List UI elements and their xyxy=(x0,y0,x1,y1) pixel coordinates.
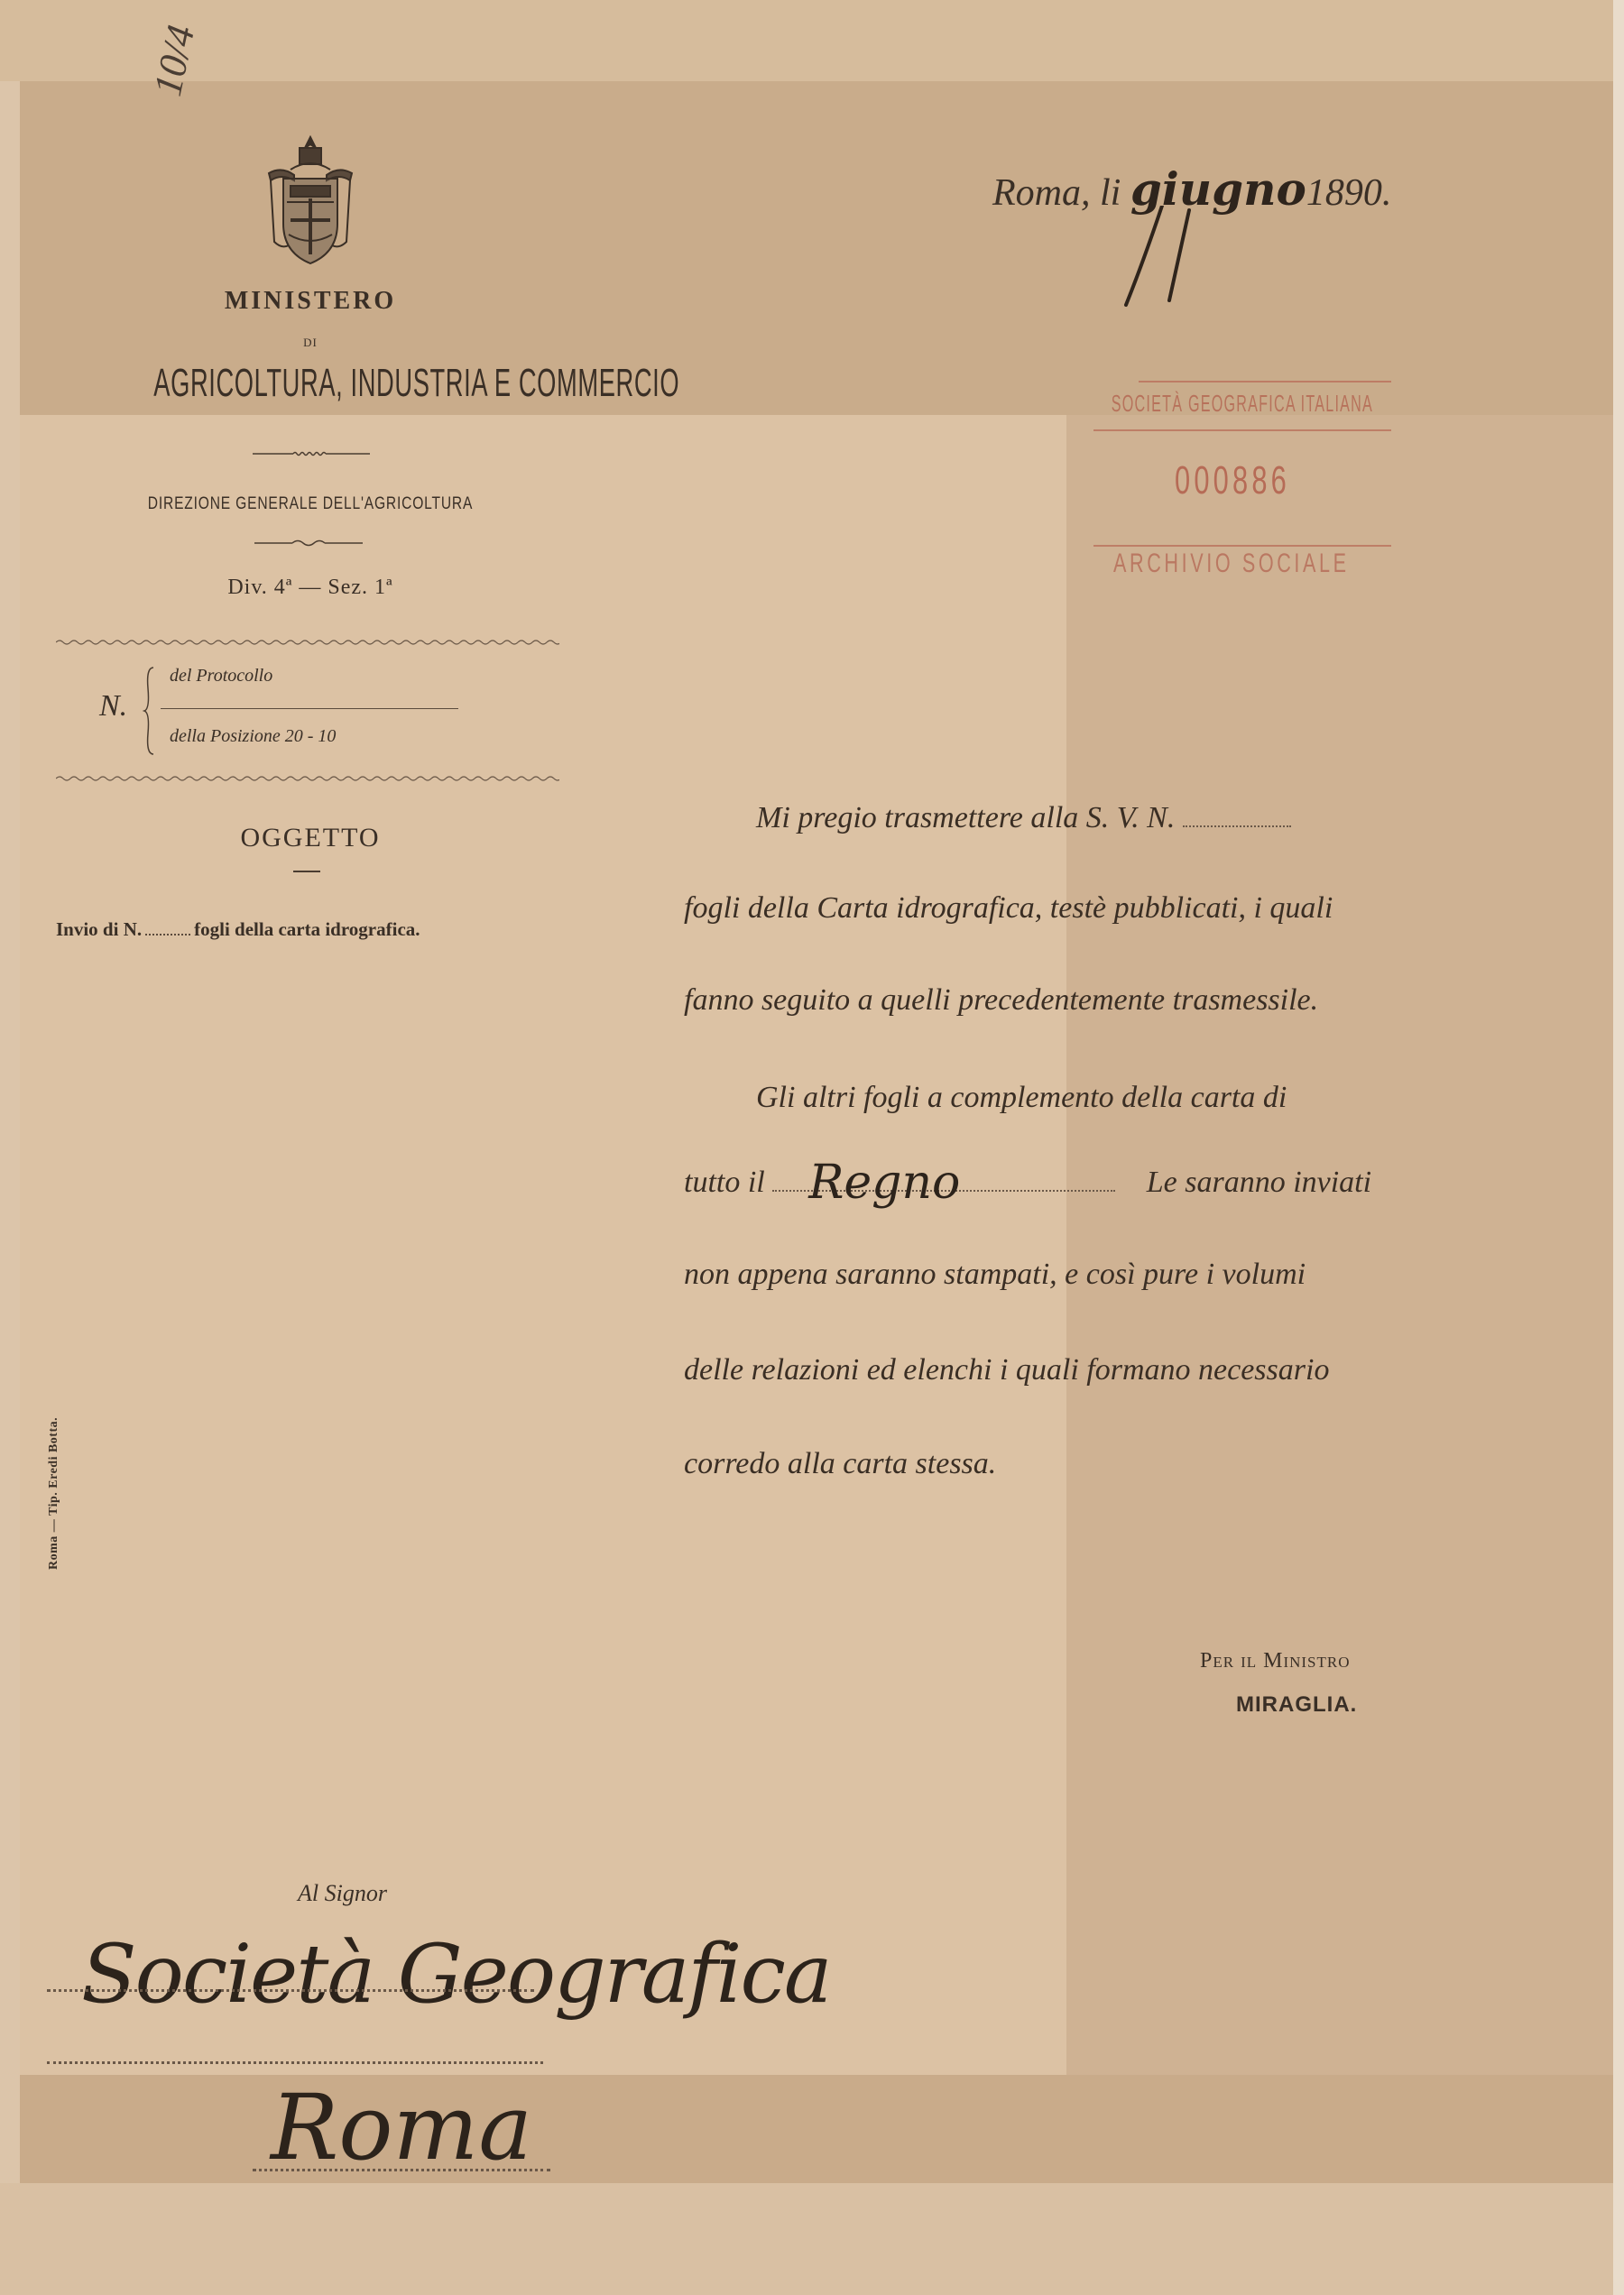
paper-right-edge xyxy=(1613,0,1624,2295)
stamp-rule xyxy=(1093,429,1391,431)
body-line-5: tutto il Regno Le saranno inviati xyxy=(684,1166,1371,1200)
stamp-title: SOCIETÀ GEOGRAFICA ITALIANA xyxy=(1093,390,1391,418)
protocol-number-line xyxy=(161,708,458,709)
paper-left-edge xyxy=(0,81,20,2183)
stamp-footer: ARCHIVIO SOCIALE xyxy=(1113,548,1350,579)
region-fill-blank: Regno xyxy=(772,1190,1115,1192)
ministry-department: AGRICOLTURA, INDUSTRIA E COMMERCIO xyxy=(153,361,472,406)
address-line-3 xyxy=(253,2169,550,2171)
protocol-label: del Protocollo xyxy=(170,666,272,687)
body-line-2: fogli della Carta idrografica, testè pub… xyxy=(684,891,1333,926)
body-line-1: Mi pregio trasmettere alla S. V. N. xyxy=(756,801,1291,835)
body-blank xyxy=(1183,825,1291,827)
body-line-6: non appena saranno stampati, e così pure… xyxy=(684,1258,1306,1292)
division-section: Div. 4ª — Sez. 1ª xyxy=(81,576,540,600)
stamp-number: 000886 xyxy=(1175,458,1290,503)
ornament-scroll-icon xyxy=(254,536,363,545)
royal-coat-of-arms-icon xyxy=(254,134,366,269)
ministry-title: MINISTERO xyxy=(81,287,540,316)
body-line-3: fanno seguito a quelli precedentemente t… xyxy=(684,983,1318,1018)
body-line-7: delle relazioni ed elenchi i quali forma… xyxy=(684,1353,1329,1387)
body-line-8: corredo alla carta stessa. xyxy=(684,1447,996,1481)
address-city: Roma xyxy=(271,2075,532,2180)
paper-top-margin xyxy=(0,0,1624,86)
stamp-rule xyxy=(1139,381,1391,382)
wavy-rule-icon xyxy=(56,770,559,778)
date-printed-prefix: Roma, li xyxy=(992,172,1121,214)
handwritten-flourish-icon xyxy=(1117,206,1225,314)
body-line-4: Gli altri fogli a complemento della cart… xyxy=(756,1081,1287,1115)
ornament-rule-icon xyxy=(253,446,370,453)
handwritten-region: Regno xyxy=(808,1156,960,1210)
address-line-1 xyxy=(47,1989,534,1992)
wavy-rule-icon xyxy=(56,634,559,641)
subject-line: Invio di N.fogli della carta idrografica… xyxy=(56,918,570,941)
address-line-2 xyxy=(47,2061,543,2064)
ministry-of-label: DI xyxy=(81,336,540,350)
paper-fold-band-bottom xyxy=(20,2075,1624,2183)
printer-imprint: Roma — Tip. Eredi Botta. xyxy=(47,1335,74,1570)
subject-suffix: fogli della carta idrografica. xyxy=(194,918,420,940)
date-printed-year: 1890. xyxy=(1306,172,1392,214)
address-recipient: Società Geografica xyxy=(81,1927,831,2022)
signature-name: MIRAGLIA. xyxy=(1236,1692,1357,1718)
subject-count-blank xyxy=(145,934,190,936)
number-label: N. xyxy=(99,689,127,724)
paper-right-strip xyxy=(1066,415,1624,2075)
directorate-title: DIREZIONE GENERALE DELL'AGRICOLTURA xyxy=(123,494,499,514)
paper-bottom-margin xyxy=(0,2183,1624,2295)
signature-for-minister: Per il Ministro xyxy=(1200,1649,1351,1673)
paper-light-panel xyxy=(20,415,1066,2075)
subject-prefix: Invio di N. xyxy=(56,918,142,940)
brace-icon xyxy=(143,666,157,756)
address-salutation: Al Signor xyxy=(298,1880,387,1907)
position-label: della Posizione 20 - 10 xyxy=(170,726,336,747)
subject-divider xyxy=(293,871,320,872)
subject-heading: OGGETTO xyxy=(81,823,540,853)
stamp-rule xyxy=(1093,545,1391,547)
archive-stamp: SOCIETÀ GEOGRAFICA ITALIANA 000886 ARCHI… xyxy=(1093,370,1409,586)
